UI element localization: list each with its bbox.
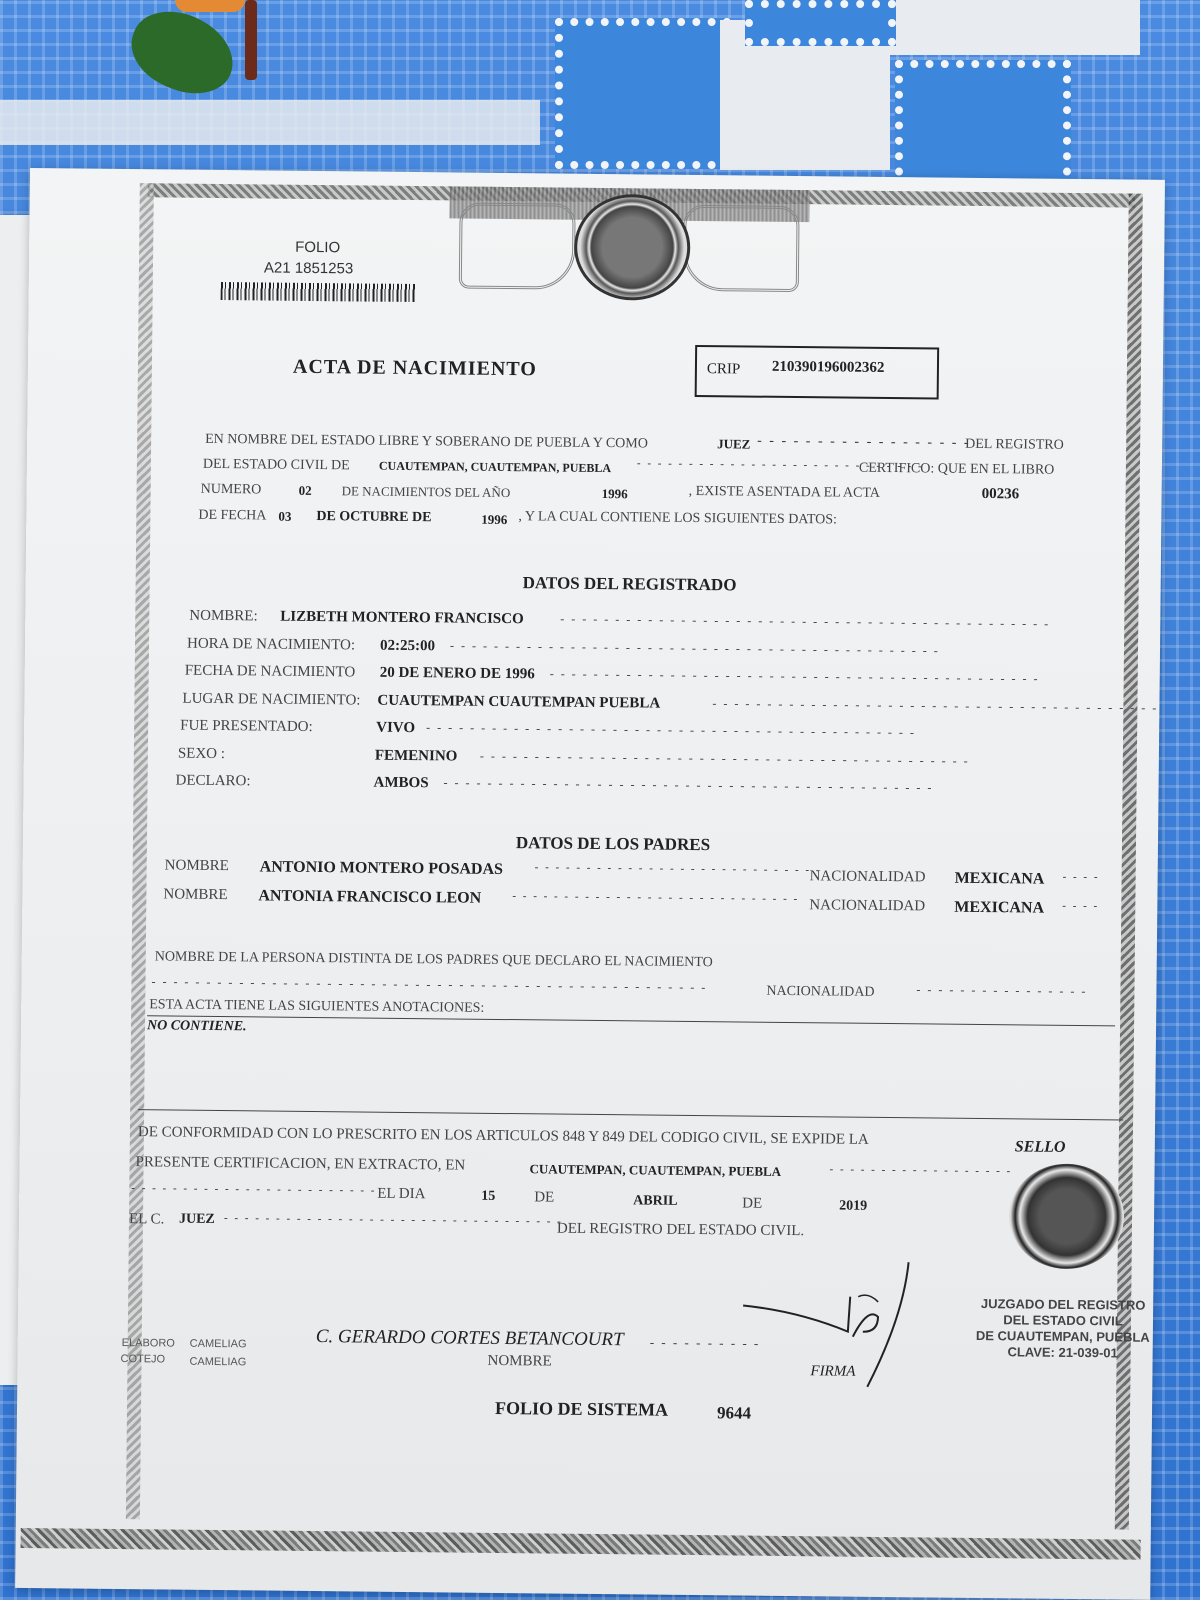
- dashes: - - - - - - - - - - - - - - - - - - - - …: [535, 861, 822, 876]
- birth-certificate-document: FOLIO A21 1851253 ACTA DE NACIMIENTO CRI…: [15, 168, 1165, 1600]
- padre-nacionalidad: MEXICANA: [955, 870, 1045, 889]
- dashes: - - - - - - - - - - - - - - - - - - - - …: [512, 890, 799, 905]
- anotaciones-value: NO CONTIENE.: [147, 1018, 247, 1035]
- padre-nombre-label: NOMBRE: [165, 857, 229, 875]
- padres-rows: NOMBRE ANTONIO MONTERO POSADAS - - - - -…: [15, 168, 1165, 1600]
- stamp-line2: DEL ESTADO CIVIL: [973, 1312, 1153, 1330]
- signature-icon: [737, 1255, 938, 1397]
- expedicion-dia: 15: [481, 1189, 495, 1205]
- padre-nacionalidad-label: NACIONALIDAD: [809, 897, 925, 915]
- tablecloth-tile: [745, 0, 896, 46]
- padre-nombre: ANTONIO MONTERO POSADAS: [260, 858, 503, 879]
- folio-sistema-label: FOLIO DE SISTEMA: [495, 1398, 668, 1421]
- dashes: - - - - - - - - - - - - - - - - - - - - …: [131, 1182, 376, 1197]
- de-label: DE: [534, 1189, 554, 1206]
- juez-label: JUEZ: [179, 1212, 215, 1228]
- tablecloth-tile: [555, 18, 731, 169]
- certificacion-line2: PRESENTE CERTIFICACION, EN EXTRACTO, EN: [136, 1154, 466, 1174]
- certificacion-municipio: CUAUTEMPAN, CUAUTEMPAN, PUEBLA: [529, 1161, 781, 1180]
- expedicion-anio: 2019: [839, 1199, 867, 1215]
- padre-nombre: ANTONIA FRANCISCO LEON: [258, 887, 481, 907]
- padre-nacionalidad: MEXICANA: [954, 899, 1044, 918]
- de-label: DE: [742, 1196, 762, 1213]
- stamp-text: JUZGADO DEL REGISTRO DEL ESTADO CIVIL DE…: [973, 1296, 1154, 1362]
- sello-label: SELLO: [1015, 1138, 1066, 1157]
- stamp-line3: DE CUAUTEMPAN, PUEBLA: [973, 1328, 1153, 1346]
- nombre-label: NOMBRE: [487, 1353, 551, 1371]
- el-dia-label: EL DIA: [377, 1186, 425, 1204]
- dashes: - - - -: [1062, 900, 1099, 912]
- tablecloth-tile: [895, 60, 1071, 191]
- stamp-line1: JUZGADO DEL REGISTRO: [973, 1296, 1153, 1314]
- juez-nombre: C. GERARDO CORTES BETANCOURT: [316, 1326, 624, 1351]
- elaboro-value: CAMELIAG: [190, 1338, 247, 1351]
- flower-decoration: [175, 0, 245, 12]
- folio-sistema-value: 9644: [717, 1403, 751, 1423]
- dashes: - - - - - - - - - - - - - - - -: [916, 982, 1087, 999]
- stamp-line4: CLAVE: 21-039-01: [973, 1344, 1153, 1362]
- tablecloth-white-panel: [890, 0, 1140, 55]
- certificacion-line4-end: DEL REGISTRO DEL ESTADO CIVIL.: [557, 1221, 804, 1241]
- cotejo-label: COTEJO: [120, 1353, 165, 1365]
- expedicion-mes: ABRIL: [633, 1193, 678, 1209]
- stem-decoration: [245, 0, 257, 80]
- cotejo-value: CAMELIAG: [189, 1356, 246, 1369]
- padre-nacionalidad-label: NACIONALIDAD: [810, 868, 926, 886]
- tablecloth-border-stripe: [0, 100, 540, 145]
- elaboro-label: ELABORO: [122, 1337, 175, 1350]
- padre-nombre-label: NOMBRE: [163, 886, 227, 904]
- el-c-label: EL C.: [129, 1211, 164, 1228]
- dashes: - - - - - - - - - - - - - - - - - -: [829, 1163, 1012, 1177]
- otra-persona-nacionalidad-label: NACIONALIDAD: [766, 984, 874, 1001]
- dashes: - - - -: [1063, 871, 1100, 883]
- official-seal-icon: [1009, 1163, 1125, 1269]
